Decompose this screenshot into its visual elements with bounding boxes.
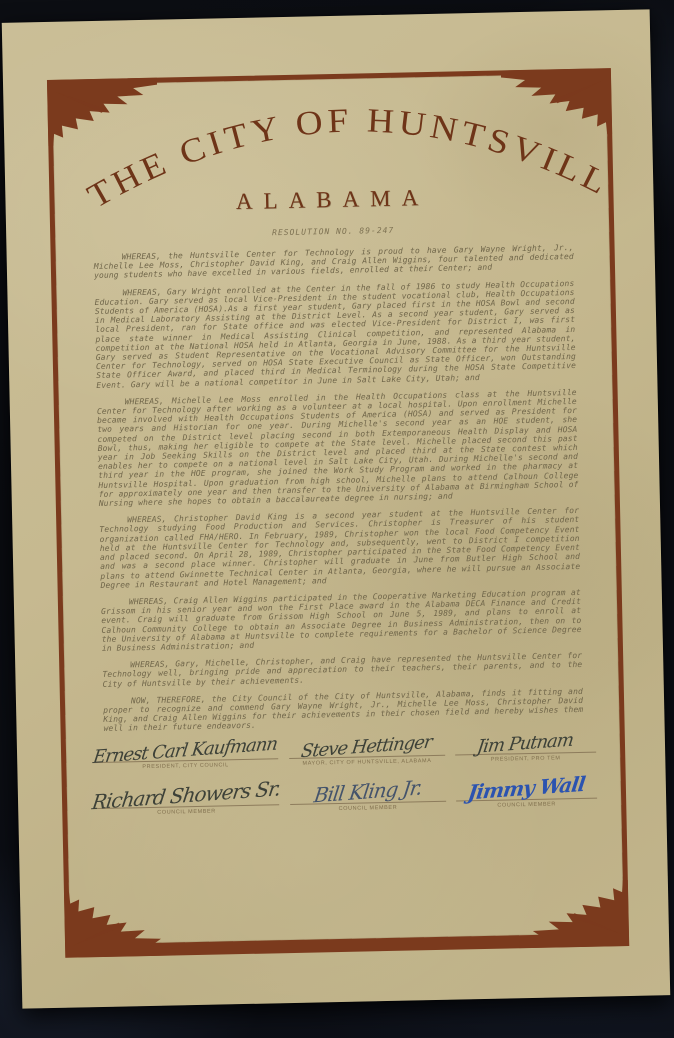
resolution-number: RESOLUTION NO. 89-247 [79,222,587,242]
document-content: THE CITY OF HUNTSVILLE ALABAMA RESOLUTIO… [52,73,624,944]
signature-president-pro-tem: Jim Putnam PRESIDENT, PRO TEM [455,731,597,763]
signature-name: Jimmy Wall [466,771,586,804]
signature-council-member-showers: Richard Showers Sr. COUNCIL MEMBER [93,781,280,817]
signature-council-member-kling: Bill Kling Jr. COUNCIL MEMBER [289,777,446,812]
signature-title: COUNCIL MEMBER [157,808,216,815]
signature-title: COUNCIL MEMBER [339,804,398,811]
whereas-paragraph-michelle: WHEREAS, Michelle Lee Moss enrolled in t… [97,388,579,508]
now-therefore-paragraph: NOW, THEREFORE, the City Council of the … [103,687,584,734]
signature-row-1: Ernest Carl Kaufmann PRESIDENT, CITY COU… [92,731,596,771]
signature-name: Jim Putnam [476,729,575,757]
signature-row-2: Richard Showers Sr. COUNCIL MEMBER Bill … [93,774,598,817]
signature-name: Bill Kling Jr. [312,775,423,807]
whereas-paragraph-summary: WHEREAS, Gary, Michelle, Christopher, an… [102,651,582,689]
whereas-paragraph-christopher: WHEREAS, Christopher David King is a sec… [99,506,580,590]
signature-section: Ernest Carl Kaufmann PRESIDENT, CITY COU… [92,731,597,817]
photo-background: { "palette": { "background": "#0c0e13", … [0,0,674,1038]
signature-council-member-wall: Jimmy Wall COUNCIL MEMBER [456,774,598,809]
parchment-page: THE CITY OF HUNTSVILLE ALABAMA RESOLUTIO… [2,9,671,1008]
whereas-paragraph-intro: WHEREAS, the Huntsville Center for Techn… [94,243,574,281]
signature-title: PRESIDENT, PRO TEM [491,755,561,762]
whereas-paragraph-craig: WHEREAS, Craig Allen Wiggins participate… [101,588,582,653]
signature-president-city-council: Ernest Carl Kaufmann PRESIDENT, CITY COU… [92,738,279,771]
whereas-paragraph-gary: WHEREAS, Gary Wright enrolled at the Cen… [94,279,576,390]
signature-title: COUNCIL MEMBER [497,801,556,808]
ornate-border-frame: THE CITY OF HUNTSVILLE ALABAMA RESOLUTIO… [47,68,629,958]
signature-mayor: Steve Hettinger MAYOR, CITY OF HUNTSVILL… [288,734,445,766]
resolution-body: WHEREAS, the Huntsville Center for Techn… [94,243,584,733]
